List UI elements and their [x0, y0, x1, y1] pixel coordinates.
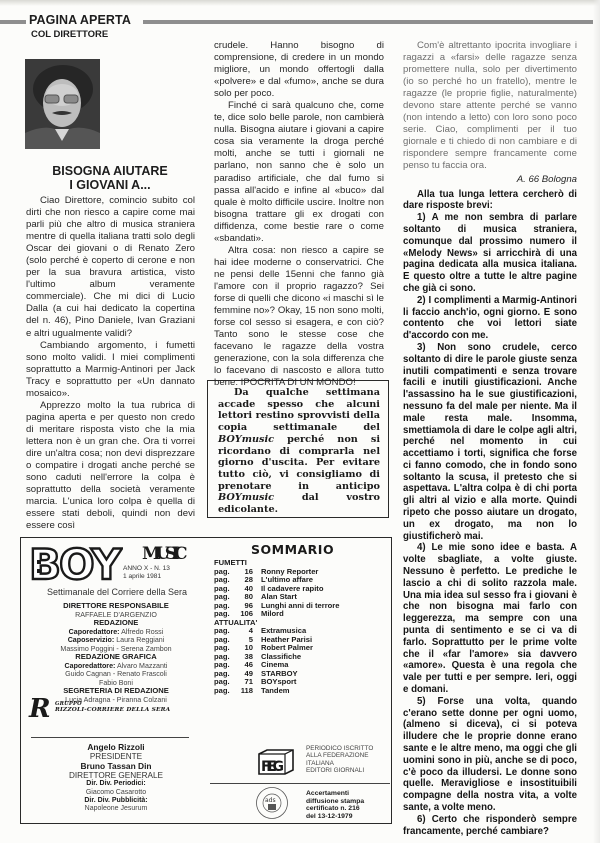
- reply-paragraph: 6) Certo che risponderò sempre francamen…: [403, 814, 577, 838]
- credit-line: Caporedattore: Alvaro Mazzanti: [26, 662, 206, 671]
- letter-paragraph: Cambiando argomento, i fumetti sono molt…: [26, 340, 195, 400]
- svg-text:ads: ads: [265, 797, 276, 804]
- fieg-logo-icon: FIEG: [257, 748, 295, 776]
- ads-line: diffusione stampa: [306, 798, 364, 806]
- headline-line-1: BISOGNA AIUTARE: [30, 164, 190, 178]
- svg-text:FIEG: FIEG: [261, 759, 284, 775]
- executive-title: DIRETTORE GENERALE: [26, 771, 206, 780]
- letter-paragraph: Ciao Direttore, comincio subito col dirt…: [26, 195, 195, 340]
- editorial-credits: DIRETTORE RESPONSABILE RAFFAELE D'ARGENZ…: [26, 602, 206, 704]
- credit-role: Caporedattore:: [69, 628, 120, 636]
- credit-name: Alfredo Rossi: [121, 628, 163, 636]
- reply-paragraph: 1) A me non sembra di parlare soltanto d…: [403, 212, 577, 295]
- svg-text:MUSIC: MUSIC: [142, 544, 187, 562]
- article-headline: BISOGNA AIUTARE I GIOVANI A...: [30, 164, 190, 192]
- toc-title: Milord: [261, 610, 284, 619]
- issue-info: ANNO X - N. 13 1 aprile 1981: [123, 565, 170, 581]
- reply-paragraph: 4) Le mie sono idee e basta. A volte sba…: [403, 542, 577, 695]
- letter-column-3: Com'è altrettanto ipocrita invogliare i …: [403, 40, 577, 837]
- reply-paragraph: Alla tua lunga lettera cercherò di dare …: [403, 189, 577, 213]
- notice-text: Da qualche settimana accade spesso che a…: [218, 387, 380, 516]
- credit-heading: SEGRETERIA DI REDAZIONE: [26, 687, 206, 696]
- credit-role: Caporedattore:: [65, 662, 116, 670]
- notice-text-part: Da qualche settimana accade spesso che a…: [218, 387, 380, 433]
- credit-role: Caposervizio:: [68, 636, 115, 644]
- division-name: Giacomo Casarotto: [26, 789, 206, 797]
- header-rule-left: [0, 20, 26, 24]
- fieg-line: ALLA FEDERAZIONE: [306, 752, 373, 759]
- fieg-line: PERIODICO ISCRITTO: [306, 745, 373, 752]
- executives: Angelo Rizzoli PRESIDENTE Bruno Tassan D…: [26, 743, 206, 814]
- toc-row: pag.118Tandem: [214, 687, 389, 696]
- section-title: PAGINA APERTA: [29, 13, 131, 27]
- letter-paragraph: Com'è altrettanto ipocrita invogliare i …: [403, 40, 577, 173]
- credit-heading: REDAZIONE GRAFICA: [26, 653, 206, 662]
- toc-page-number: 118: [236, 687, 253, 696]
- executive-name: Angelo Rizzoli: [26, 743, 206, 752]
- division-name: Napoleone Jesurum: [26, 805, 206, 813]
- page-shadow: [0, 0, 600, 6]
- group-name: RIZZOLI-CORRIERE DELLA SERA: [55, 707, 170, 713]
- letter-column-2: crudele. Hanno bisogno di comprensione, …: [214, 40, 384, 389]
- toc-pag-label: pag.: [214, 687, 236, 696]
- rizzoli-r-icon: R: [29, 694, 51, 724]
- section-subtitle: COL DIRETTORE: [31, 29, 108, 40]
- notice-brand: BOYmusic: [218, 492, 274, 503]
- ads-line: del 13-12-1979: [306, 813, 364, 821]
- letter-paragraph: crudele. Hanno bisogno di comprensione, …: [214, 40, 384, 100]
- header-rule-right: [143, 20, 593, 24]
- toc-row: pag.40Il cadavere rapito: [214, 585, 389, 594]
- division-label: Dir. Div. Pubblicità:: [26, 797, 206, 805]
- publication-tagline: Settimanale del Corriere della Sera: [27, 587, 207, 597]
- magazine-page: PAGINA APERTA COL DIRETTORE BISOGNA AIUT…: [0, 0, 600, 843]
- svg-text:BOY: BOY: [29, 544, 122, 582]
- credit-line: Caposervizio: Laura Reggiani: [26, 636, 206, 645]
- credit-name: Alvaro Mazzanti: [117, 662, 167, 670]
- toc-row: pag.46Cinema: [214, 661, 389, 670]
- boy-logo-icon: BOY: [28, 544, 123, 582]
- toc-row: pag.38Classifiche: [214, 653, 389, 662]
- credit-name: Laura Reggiani: [116, 636, 164, 644]
- ads-certification-text: Accertamenti diffusione stampa certifica…: [306, 790, 364, 820]
- letter-paragraph: Altra cosa: non riesco a capire se hai i…: [214, 245, 384, 390]
- masthead-box: BOY MUSIC ANNO X - N. 13 1 aprile 1981 S…: [20, 537, 392, 824]
- divider: [210, 783, 390, 784]
- table-of-contents: FUMETTI pag.16Ronny Reporter pag.28L'ult…: [214, 559, 389, 695]
- toc-title: Tandem: [261, 687, 290, 696]
- fieg-membership-text: PERIODICO ISCRITTO ALLA FEDERAZIONE ITAL…: [306, 745, 373, 774]
- credit-name: Guido Cagnan - Renato Frascoli: [26, 670, 206, 679]
- reply-paragraph: 3) Non sono crudele, cerco soltanto di d…: [403, 342, 577, 543]
- ads-line: Accertamenti: [306, 790, 364, 798]
- letter-signature: A. 66 Bologna: [403, 174, 577, 186]
- director-reply: Alla tua lunga lettera cercherò di dare …: [403, 189, 577, 838]
- credit-heading: REDAZIONE: [26, 619, 206, 628]
- rizzoli-group-logo: R GRUPPO RIZZOLI-CORRIERE DELLA SERA: [29, 698, 199, 724]
- executive-name: Bruno Tassan Din: [26, 762, 206, 771]
- fieg-line: EDITORI GIORNALI: [306, 767, 373, 774]
- issue-date: 1 aprile 1981: [123, 573, 170, 581]
- letter-column-1: Ciao Direttore, comincio subito col dirt…: [26, 195, 195, 532]
- issue-number: ANNO X - N. 13: [123, 565, 170, 573]
- ads-line: certificato n. 216: [306, 805, 364, 813]
- reply-paragraph: 5) Forse una volta, quando c'erano sette…: [403, 696, 577, 814]
- credit-heading: DIRETTORE RESPONSABILE: [26, 602, 206, 611]
- divider: [31, 737, 189, 738]
- subscription-notice-box: Da qualche settimana accade spesso che a…: [207, 380, 389, 518]
- credit-line: Caporedattore: Alfredo Rossi: [26, 628, 206, 637]
- sommario-title: SOMMARIO: [251, 542, 391, 557]
- ads-seal-icon: ads: [253, 786, 291, 820]
- toc-row: pag.10Robert Palmer: [214, 644, 389, 653]
- headline-line-2: I GIOVANI A...: [30, 178, 190, 192]
- letter-paragraph: Finché ci sarà qualcuno che, come te, di…: [214, 100, 384, 245]
- letter-paragraph: Apprezzo molto la tua rubrica di pagina …: [26, 400, 195, 533]
- fieg-line: ITALIANA: [306, 760, 373, 767]
- reply-paragraph: 2) I complimenti a Marmig-Antinori li fa…: [403, 295, 577, 342]
- notice-brand: BOYmusic: [218, 434, 274, 445]
- page-edge-shadow: [593, 0, 600, 843]
- music-logo-icon: MUSIC: [141, 542, 187, 562]
- director-portrait-photo: [25, 59, 100, 149]
- toc-row: pag.49STARBOY: [214, 670, 389, 679]
- division-label: Dir. Div. Periodici:: [26, 780, 206, 788]
